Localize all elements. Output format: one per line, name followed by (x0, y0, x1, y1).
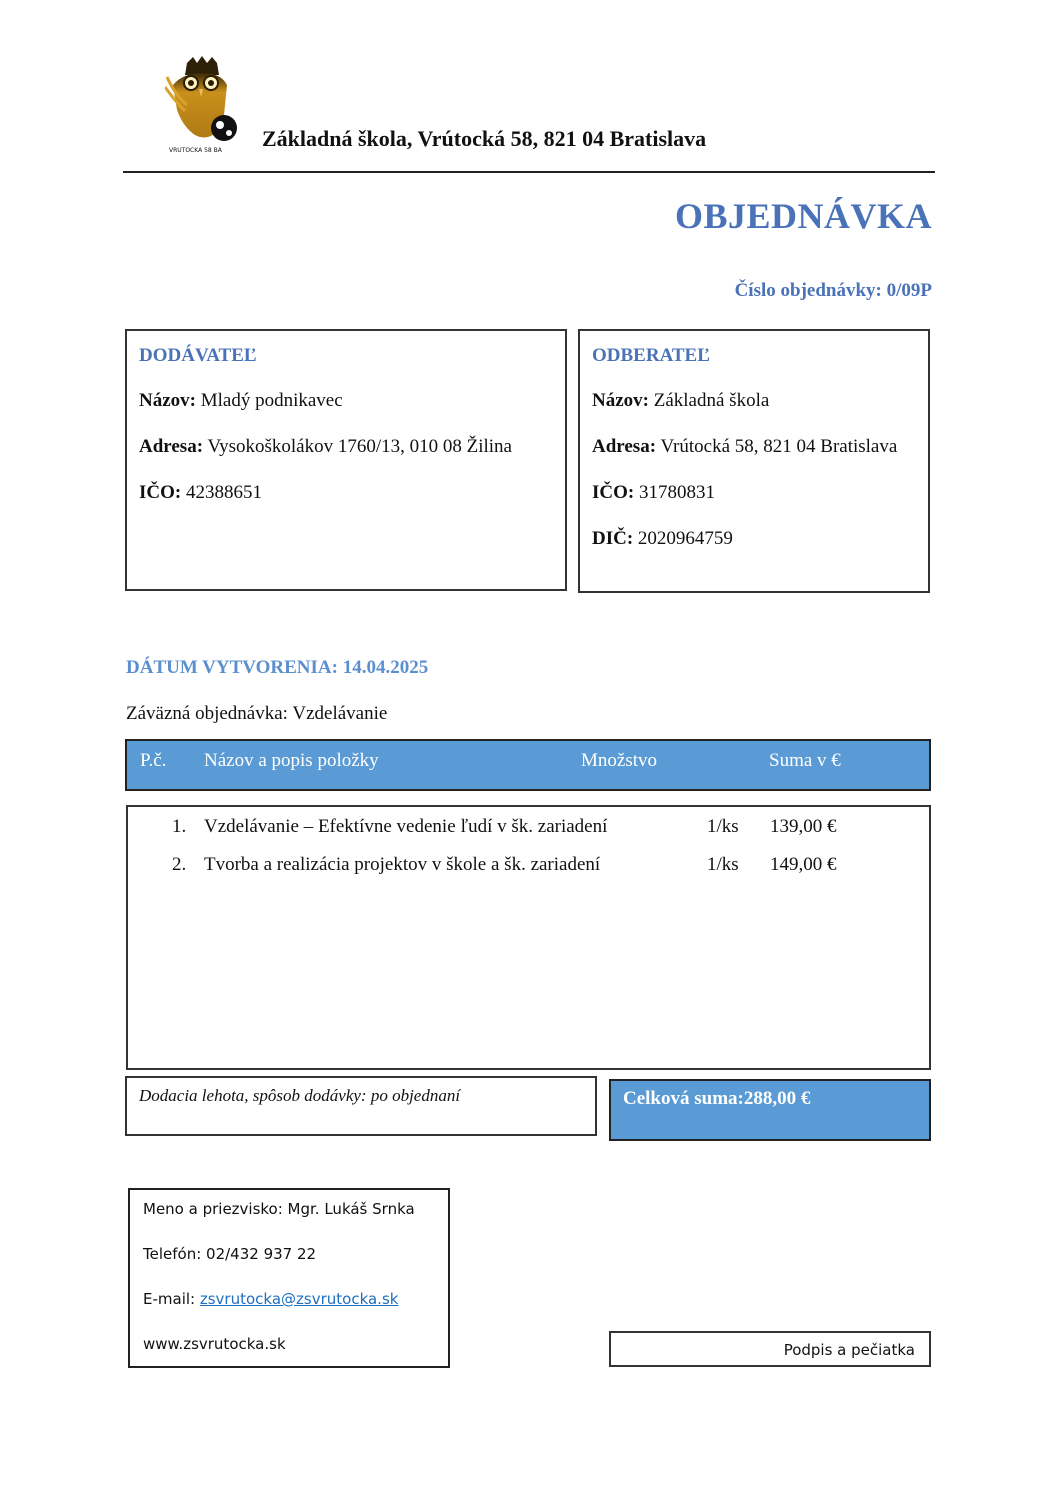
contact-name: Meno a priezvisko: Mgr. Lukáš Srnka (143, 1199, 435, 1219)
row-amount: 139,00 € (770, 816, 837, 838)
items-table-body: 1. Vzdelávanie – Efektívne vedenie ľudí … (126, 805, 931, 1070)
table-row: 2. Tvorba a realizácia projektov v škole… (128, 854, 929, 884)
col-amount: Suma v € (769, 750, 841, 772)
header-divider (123, 171, 935, 173)
school-name: Základná škola, Vrútocká 58, 821 04 Brat… (262, 126, 706, 152)
table-row: 1. Vzdelávanie – Efektívne vedenie ľudí … (128, 816, 929, 846)
date-created: DÁTUM VYTVORENIA: 14.04.2025 (126, 657, 428, 679)
contact-email: E-mail: zsvrutocka@zsvrutocka.sk (143, 1289, 435, 1309)
contact-phone: Telefón: 02/432 937 22 (143, 1244, 435, 1264)
row-description: Vzdelávanie – Efektívne vedenie ľudí v š… (204, 816, 607, 838)
contact-box: Meno a priezvisko: Mgr. Lukáš Srnka Tele… (128, 1188, 450, 1368)
supplier-heading: DODÁVATEĽ (139, 341, 553, 370)
order-number: Číslo objednávky: 0/09P (735, 280, 932, 302)
buyer-ico: IČO: 31780831 (592, 478, 916, 507)
row-quantity: 1/ks (707, 816, 739, 838)
col-description: Názov a popis položky (204, 750, 379, 772)
row-number: 2. (172, 854, 186, 876)
supplier-box: DODÁVATEĽ Názov: Mladý podnikavec Adresa… (125, 329, 567, 591)
buyer-name: Názov: Základná škola (592, 386, 916, 415)
buyer-box: ODBERATEĽ Názov: Základná škola Adresa: … (578, 329, 930, 593)
owl-logo-icon: VRUTOCKA 58 BA (165, 55, 240, 155)
buyer-heading: ODBERATEĽ (592, 341, 916, 370)
signature-box: Podpis a pečiatka (609, 1331, 931, 1367)
contact-website: www.zsvrutocka.sk (143, 1334, 435, 1354)
items-table-header: P.č. Názov a popis položky Množstvo Suma… (125, 739, 931, 791)
row-description: Tvorba a realizácia projektov v škole a … (204, 854, 600, 876)
school-logo: VRUTOCKA 58 BA (165, 55, 240, 155)
binding-order: Záväzná objednávka: Vzdelávanie (126, 703, 387, 725)
supplier-name: Názov: Mladý podnikavec (139, 386, 553, 415)
delivery-terms: Dodacia lehota, spôsob dodávky: po objed… (125, 1076, 597, 1136)
row-number: 1. (172, 816, 186, 838)
buyer-address: Adresa: Vrútocká 58, 821 04 Bratislava (592, 432, 916, 461)
col-number: P.č. (140, 750, 166, 772)
svg-text:VRUTOCKA 58 BA: VRUTOCKA 58 BA (169, 147, 223, 154)
col-quantity: Množstvo (581, 750, 657, 772)
supplier-ico: IČO: 42388651 (139, 478, 553, 507)
supplier-address: Adresa: Vysokoškolákov 1760/13, 010 08 Ž… (139, 432, 553, 461)
buyer-dic: DIČ: 2020964759 (592, 524, 916, 553)
email-link[interactable]: zsvrutocka@zsvrutocka.sk (200, 1290, 399, 1308)
document-title: OBJEDNÁVKA (675, 195, 932, 237)
row-amount: 149,00 € (770, 854, 837, 876)
total-amount: Celková suma:288,00 € (609, 1079, 931, 1141)
row-quantity: 1/ks (707, 854, 739, 876)
